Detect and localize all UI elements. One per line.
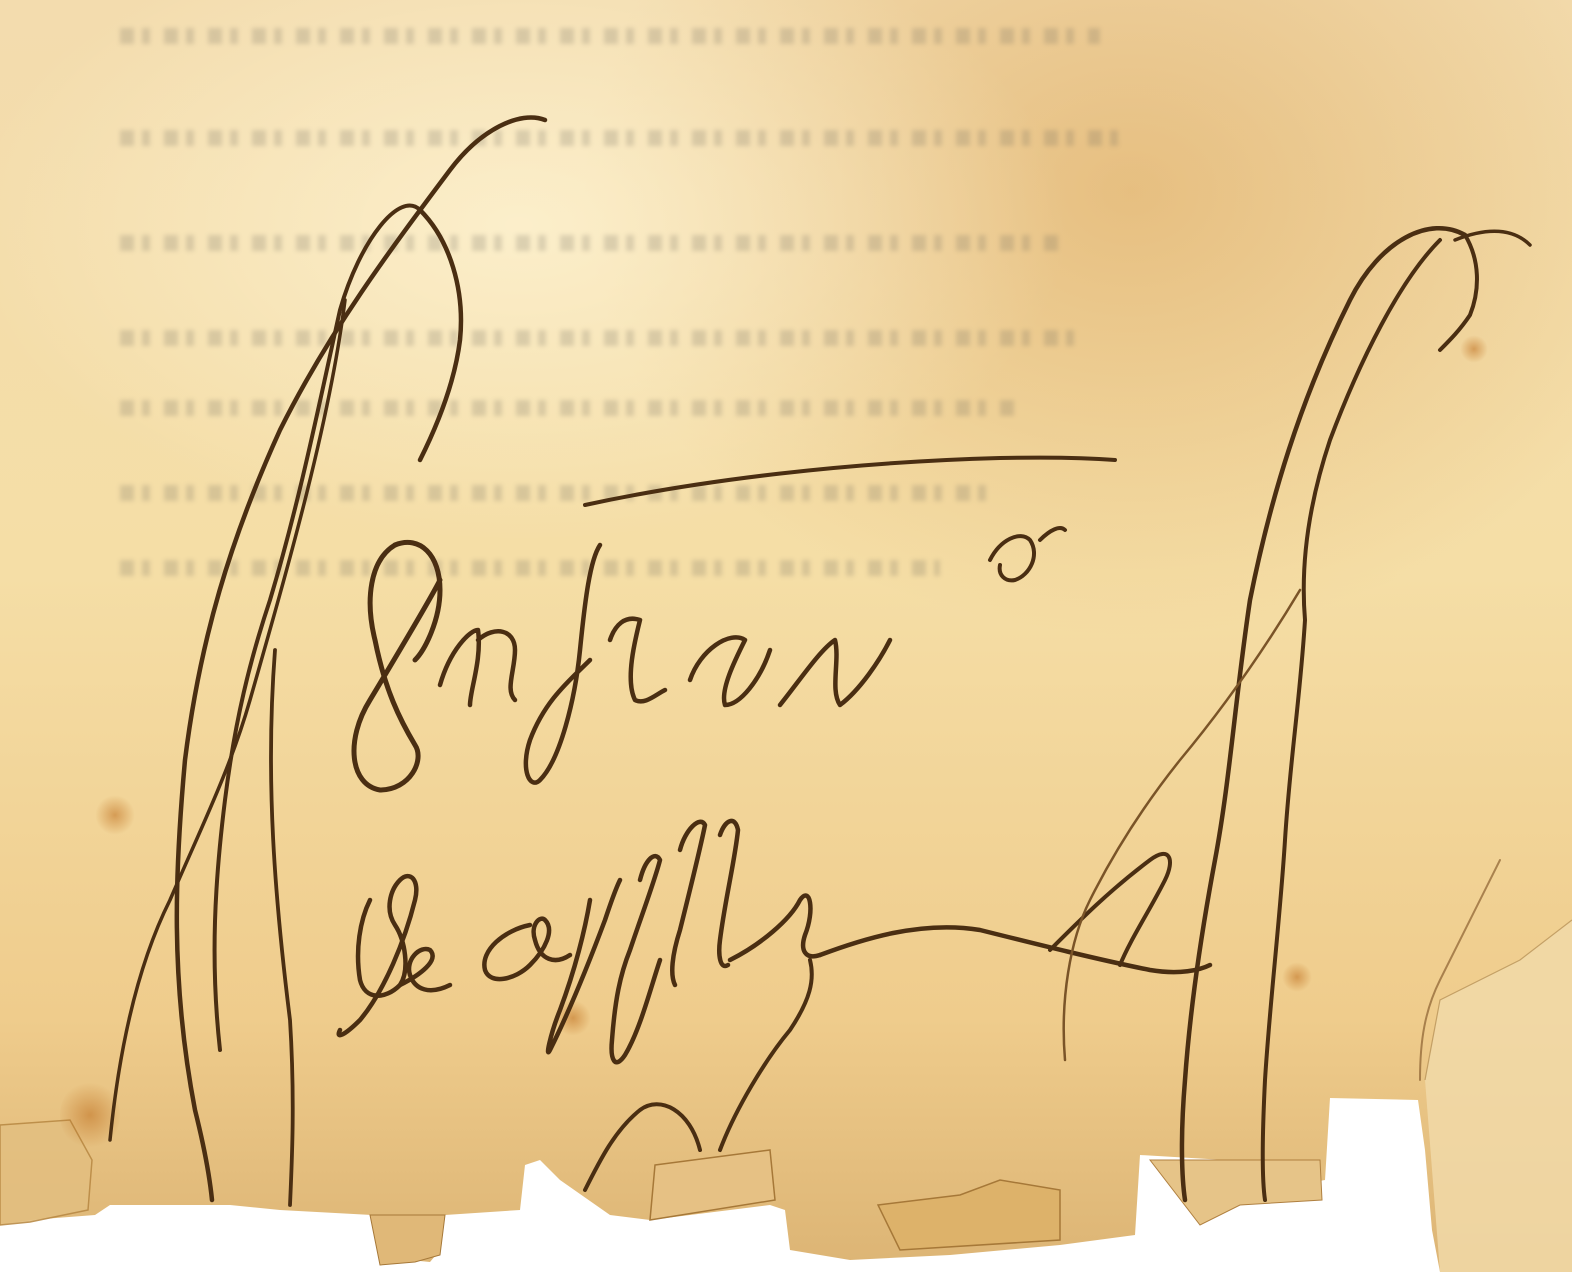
letter-n2 <box>780 640 890 705</box>
word-castilla <box>484 821 1210 1062</box>
letter-F <box>526 545 600 783</box>
letter-D <box>354 542 440 790</box>
letter-a <box>690 637 770 705</box>
signature <box>0 0 1572 1272</box>
letter-r <box>610 619 665 702</box>
rubrica-right <box>1064 228 1530 1200</box>
overline-stroke <box>585 458 1115 505</box>
rubrica-left <box>110 117 545 1205</box>
superscript-o <box>990 528 1065 580</box>
letter-n <box>440 630 515 705</box>
word-de <box>339 876 450 1035</box>
manuscript-scan: Dn Franº de castilla <box>0 0 1572 1272</box>
